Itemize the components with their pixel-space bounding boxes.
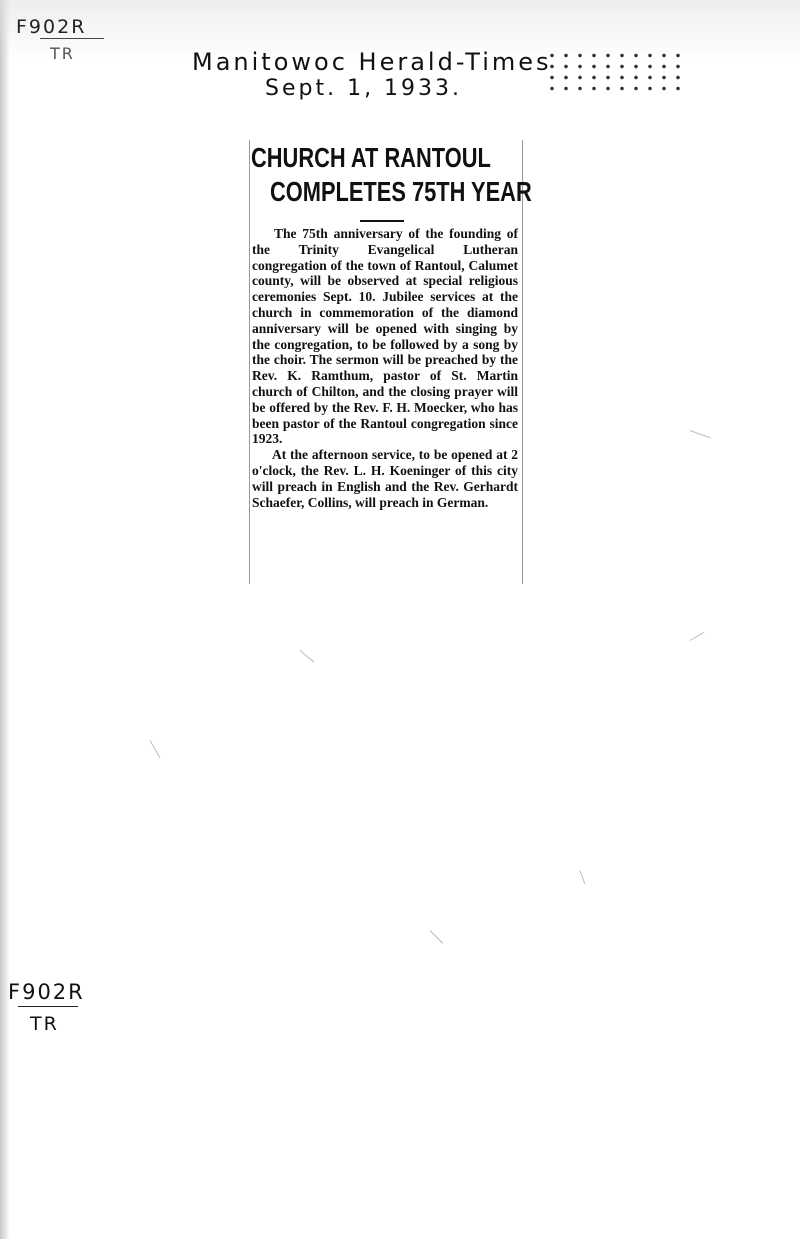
- paper-fiber: [690, 430, 711, 438]
- headline-line-1: CHURCH AT RANTOUL: [251, 142, 491, 174]
- file-code-top: F902R: [16, 16, 104, 39]
- article-body: The 75th anniversary of the founding of …: [252, 226, 518, 510]
- file-subcode-bottom: TR: [30, 1013, 59, 1035]
- file-code-top-text: F902R: [16, 16, 86, 38]
- article-paragraph: The 75th anniversary of the founding of …: [252, 226, 518, 447]
- paper-fiber: [580, 870, 586, 883]
- underline: [40, 38, 104, 39]
- scan-edge: [0, 0, 10, 1239]
- headline-line-2: COMPLETES 75TH YEAR: [270, 176, 532, 208]
- newspaper-clipping: CHURCH AT RANTOUL COMPLETES 75TH YEAR Th…: [249, 140, 523, 584]
- source-date: Sept. 1, 1933.: [265, 76, 462, 101]
- file-subcode-top: TR: [50, 44, 75, 63]
- paper-fiber: [300, 650, 314, 662]
- paper-fiber: [150, 740, 161, 758]
- dot-pattern: [545, 50, 685, 95]
- article-paragraph: At the afternoon service, to be opened a…: [252, 447, 518, 510]
- file-code-bottom-text: F902R: [8, 980, 85, 1004]
- paper-fiber: [690, 632, 704, 641]
- source-publication: Manitowoc Herald-Times: [192, 48, 552, 76]
- headline-rule: [360, 220, 404, 222]
- underline: [18, 1006, 78, 1007]
- file-code-bottom: F902R: [8, 980, 85, 1007]
- paper-fiber: [430, 930, 443, 943]
